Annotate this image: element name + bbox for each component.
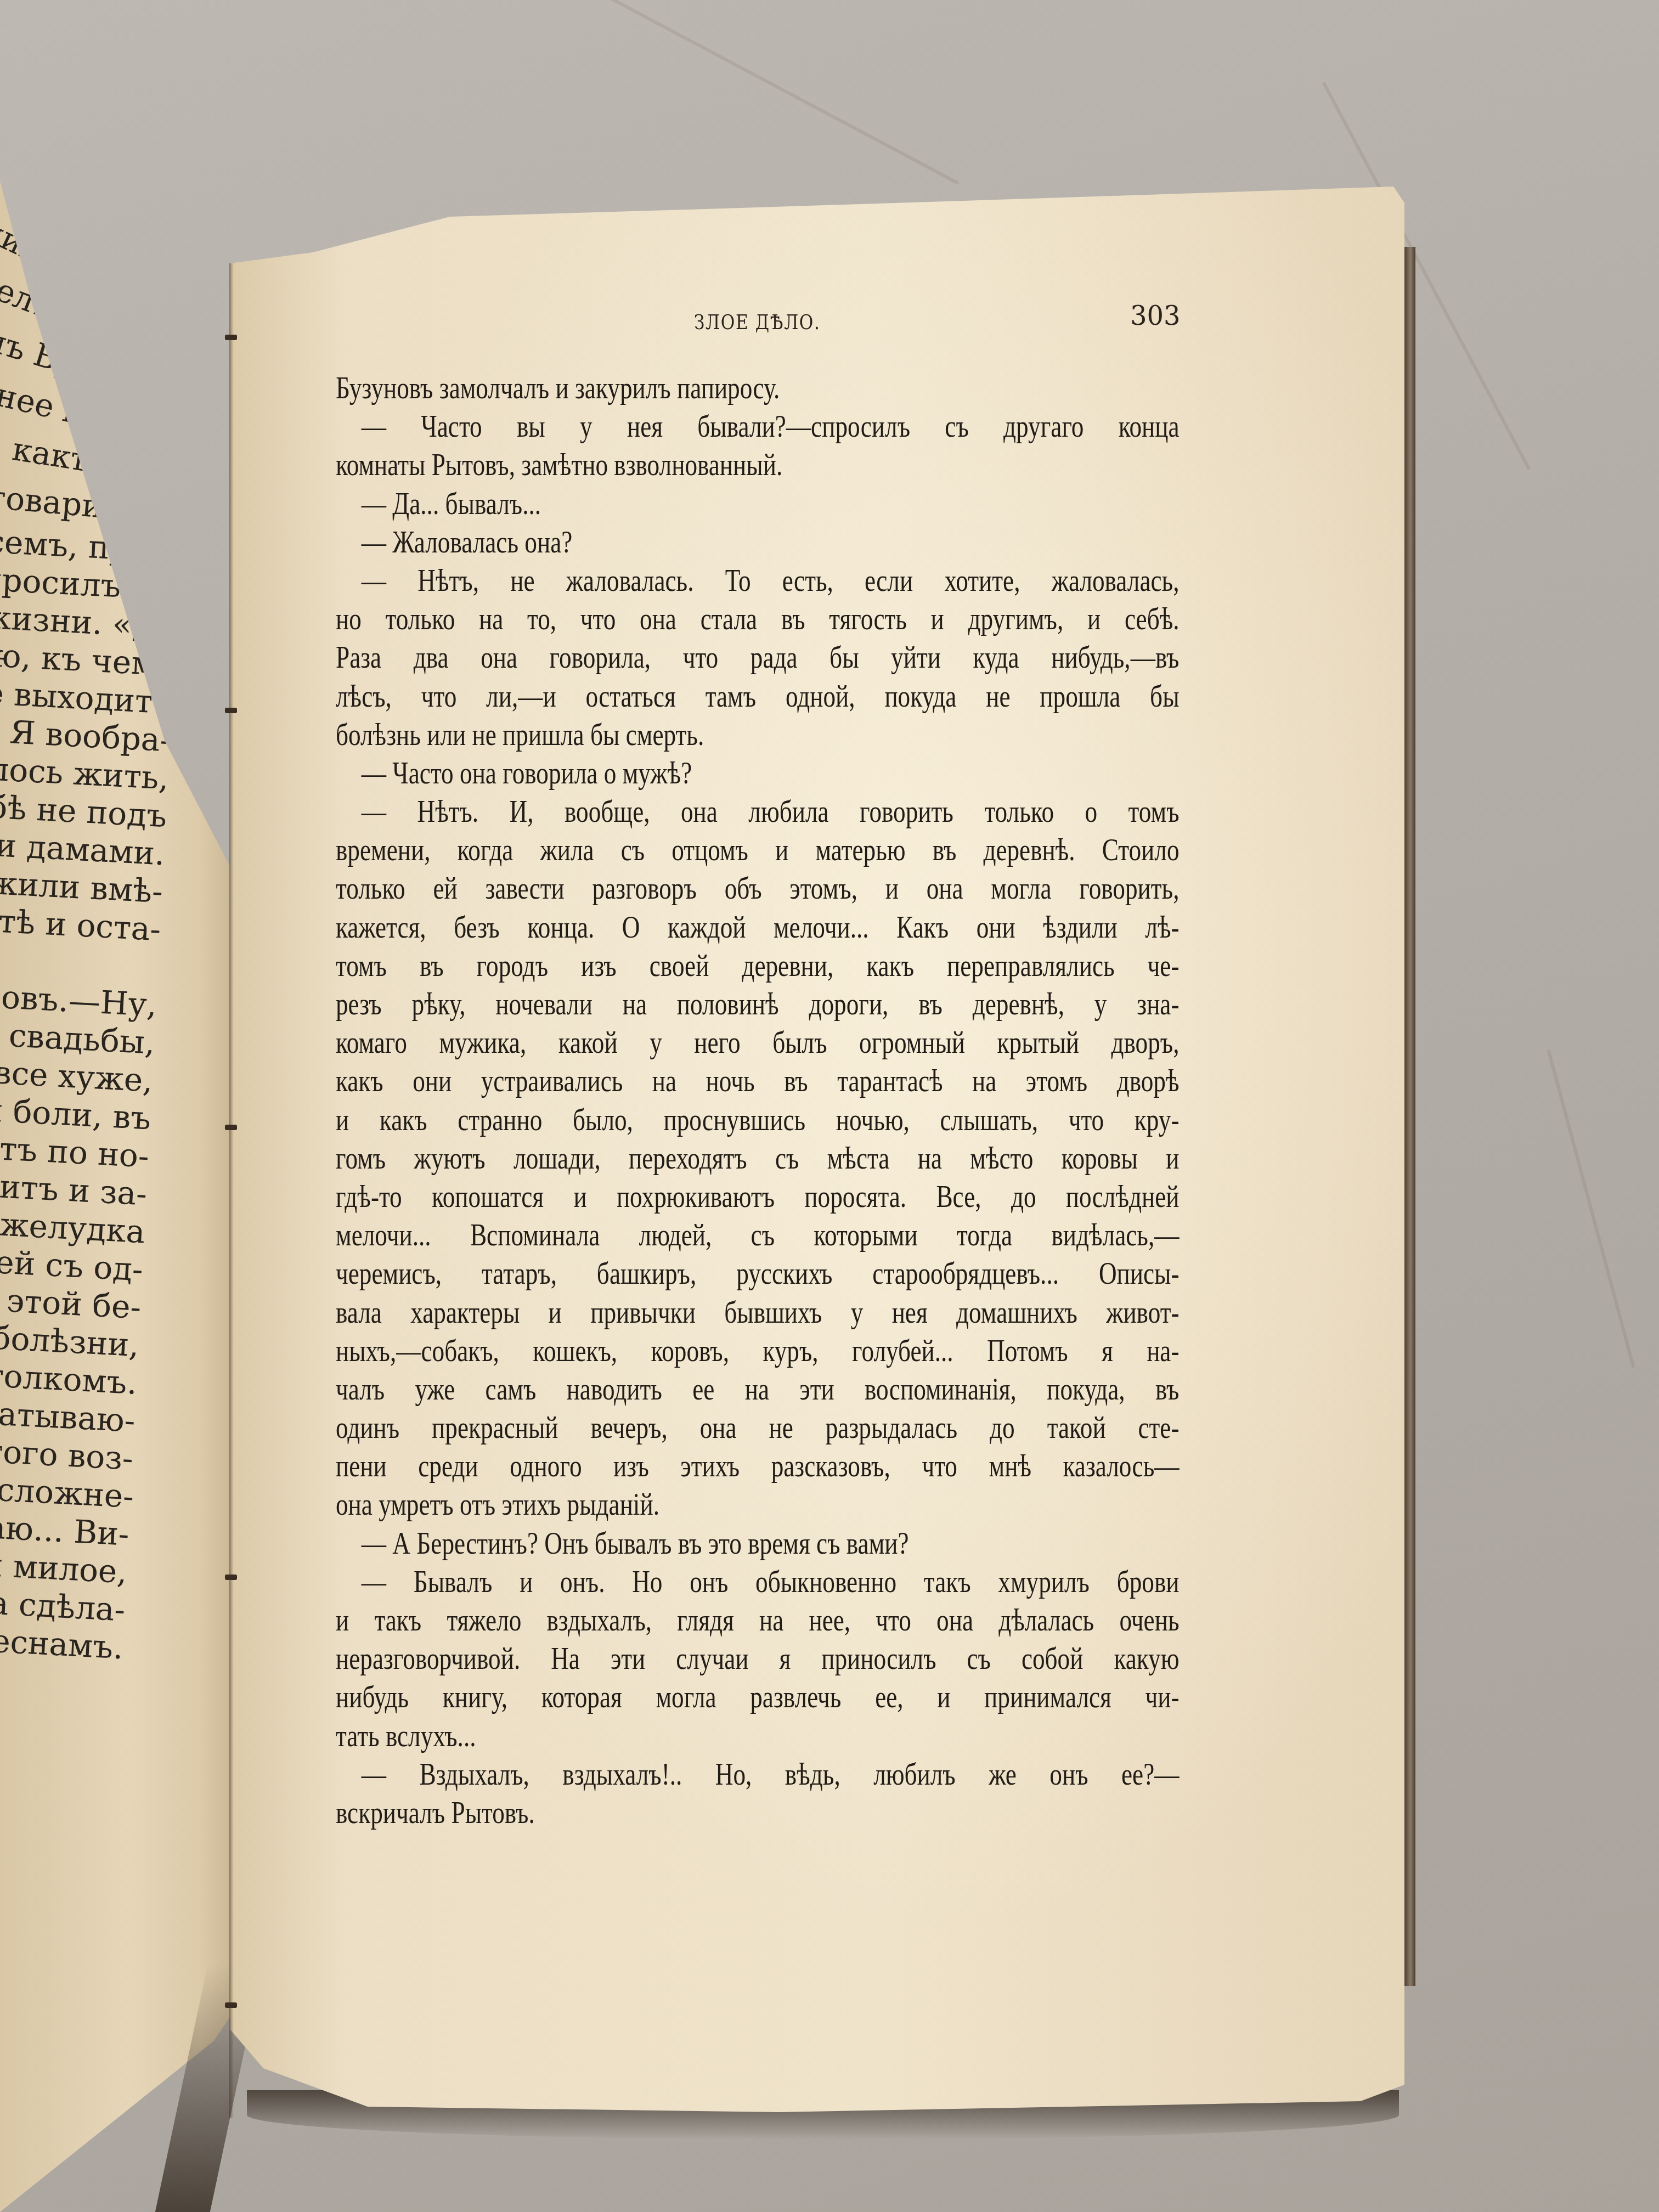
text-line: но только на то, что она стала въ тягост… [336, 600, 1180, 638]
text-line: комаго мужика, какой у него былъ огромны… [336, 1023, 1180, 1062]
book-gutter [229, 263, 234, 2118]
text-line: нибудь книгу, которая могла развлечь ее,… [336, 1678, 1180, 1716]
left-page-line: ный. [0, 159, 204, 304]
left-page-line: облокотившись [0, 108, 207, 266]
text-line: томъ въ городъ изъ своей деревни, какъ п… [336, 946, 1180, 985]
text-line: гдѣ-то копошатся и похрюкиваютъ поросята… [336, 1177, 1180, 1216]
text-line: Бузуновъ замолчалъ и закурилъ папиросу. [336, 369, 1180, 407]
binding-stitch [225, 708, 237, 713]
text-line: какъ они устраивались на ночь въ таранта… [336, 1062, 1180, 1100]
text-line: неразговорчивой. На эти случаи я приноси… [336, 1639, 1180, 1678]
table-surface-vein [522, 0, 959, 185]
text-line: ныхъ,—собакъ, кошекъ, коровъ, куръ, голу… [336, 1331, 1180, 1370]
text-line: только ей завести разговоръ объ этомъ, и… [336, 869, 1180, 907]
left-page-line: пилъ дома. По- [0, 210, 201, 342]
text-line: вскричалъ Рытовъ. [336, 1793, 1180, 1832]
text-line: резъ рѣку, ночевали на половинѣ дороги, … [336, 985, 1180, 1023]
text-line: — Нѣтъ. И, вообще, она любила говорить т… [336, 792, 1180, 831]
text-line: и такъ тяжело вздыхалъ, глядя на нее, чт… [336, 1601, 1180, 1639]
left-page-line: азговаривать. [0, 475, 184, 533]
text-line: — Часто вы у нея бывали?—спросилъ съ дру… [336, 407, 1180, 445]
text-line: пени среди одного изъ этихъ разсказовъ, … [336, 1447, 1180, 1485]
page-body-text: Бузуновъ замолчалъ и закурилъ папиросу.—… [336, 369, 1181, 1832]
text-line: — А Берестинъ? Онъ бывалъ въ это время с… [336, 1524, 1180, 1562]
left-page: облокотившисьный.пилъ дома. По-елъ къ ни… [0, 0, 236, 2212]
text-line: вала характеры и привычки бывшихъ у нея … [336, 1293, 1180, 1331]
text-line: болѣзнь или не пришла бы смерть. [336, 715, 1180, 754]
binding-stitch [225, 335, 237, 340]
binding-stitch [225, 1575, 237, 1580]
text-line: — Бывалъ и онъ. Но онъ обыкновенно такъ … [336, 1562, 1180, 1601]
text-line: — Часто она говорила о мужѣ? [336, 754, 1180, 792]
text-line: — Да... бывалъ... [336, 484, 1180, 523]
text-line: она умретъ отъ этихъ рыданій. [336, 1485, 1180, 1523]
text-line: гомъ жуютъ лошади, переходятъ съ мѣста н… [336, 1139, 1180, 1177]
text-line: кажется, безъ конца. О каждой мелочи... … [336, 908, 1180, 946]
page-number: 303 [1130, 301, 1181, 331]
left-page-text: облокотившисьный.пилъ дома. По-елъ къ ни… [0, 218, 198, 1667]
text-line: комнаты Рытовъ, замѣтно взволнованный. [336, 445, 1180, 484]
text-line: — Жаловалась она? [336, 523, 1180, 561]
text-line: — Нѣтъ, не жаловалась. То есть, если хот… [336, 561, 1180, 600]
text-line: Раза два она говорила, что рада бы уйти … [336, 638, 1180, 676]
text-line: чалъ уже самъ наводить ее на эти воспоми… [336, 1370, 1180, 1408]
table-surface-vein [1547, 1049, 1635, 1368]
text-line: мелочи... Вспоминала людей, съ которыми … [336, 1216, 1180, 1254]
text-line: черемисъ, татаръ, башкиръ, русскихъ стар… [336, 1254, 1180, 1293]
text-line: тать вслухъ... [336, 1717, 1180, 1755]
text-line: времени, когда жила съ отцомъ и матерью … [336, 831, 1180, 869]
running-head: ЗЛОЕ ДѢЛО. [694, 310, 821, 334]
text-line: и какъ странно было, проснувшись ночью, … [336, 1101, 1180, 1139]
text-line: одинъ прекрасный вечеръ, она не разрыдал… [336, 1408, 1180, 1447]
binding-stitch [225, 2002, 237, 2008]
text-line: — Вздыхалъ, вздыхалъ!.. Но, вѣдь, любилъ… [336, 1755, 1180, 1793]
binding-stitch [225, 1125, 237, 1130]
text-line: лѣсъ, что ли,—и остаться тамъ одной, пок… [336, 677, 1180, 715]
